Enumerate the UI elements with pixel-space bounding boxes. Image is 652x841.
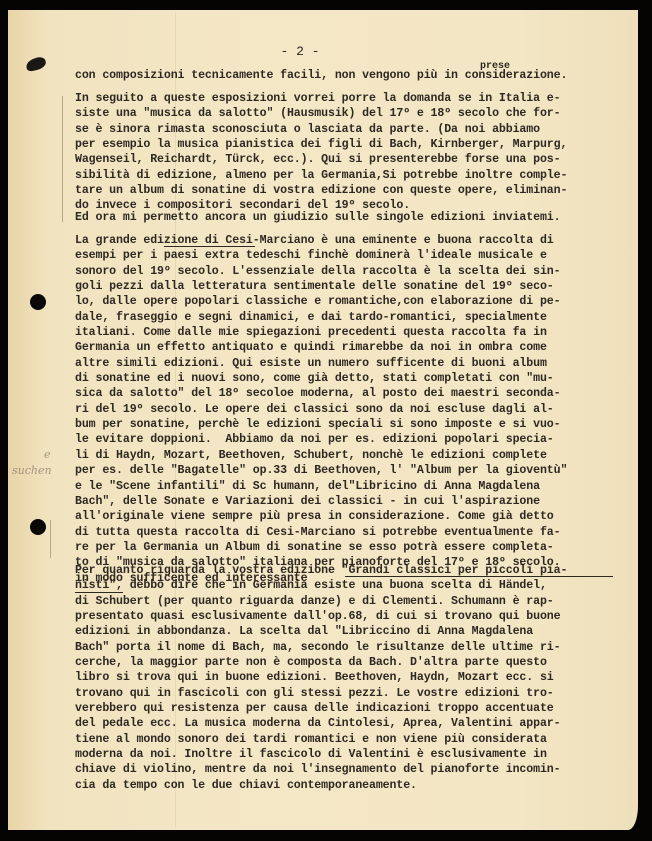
text-line: le evitare doppioni. Abbiamo da noi per …: [75, 432, 615, 447]
text-line: ri del 19º secolo. Le opere dei classici…: [75, 402, 615, 417]
margin-bracket-line-lower: [50, 520, 51, 558]
text-line: Wagenseil, Reichardt, Türck, ecc.). Qui …: [75, 152, 615, 167]
text-line: altre simili edizioni. Qui esiste un num…: [75, 356, 615, 371]
text-line: sonoro del 19º secolo. L'essenziale dell…: [75, 264, 615, 279]
handwritten-margin-note-1: e: [44, 448, 51, 461]
paragraph-3: La grande edizione di Cesi-Marciano è un…: [75, 233, 615, 586]
text-line: libro si trova qui in buone edizioni. Be…: [75, 670, 615, 685]
text-line: con composizioni tecnicamente facili, no…: [75, 68, 615, 83]
text-line: tare un album di sonatine di vostra ediz…: [75, 183, 615, 198]
text-line: di sonatine ed i nuovi sono, come già de…: [75, 371, 615, 386]
underline-title-part1: [345, 576, 613, 577]
underline-cesi-marciano: [164, 246, 255, 247]
text-line: re per la Germania un Album di sonatine …: [75, 540, 615, 555]
text-line: siste una "musica da salotto" (Hausmusik…: [75, 106, 615, 121]
punch-hole-bottom: [30, 519, 46, 535]
text-line: In seguito a queste esposizioni vorrei p…: [75, 91, 615, 106]
text-line: italiani. Come dalle mie spiegazioni pre…: [75, 325, 615, 340]
text-line: trovano qui in fascicoli con gli stessi …: [75, 686, 615, 701]
page-number: - 2 -: [260, 44, 340, 59]
handwritten-margin-note-2: suchen: [12, 464, 52, 477]
paragraph-1: In seguito a queste esposizioni vorrei p…: [75, 91, 615, 214]
text-line: di Schubert (per quanto riguarda danze) …: [75, 594, 615, 609]
text-line: li di Haydn, Mozart, Beethoven, Schubert…: [75, 448, 615, 463]
text-line: lo, dalle opere popolari classiche e rom…: [75, 294, 615, 309]
text-line: per esempio la musica pianistica dei fig…: [75, 137, 615, 152]
text-line: goli pezzi dalla letteratura sentimental…: [75, 279, 615, 294]
text-line: bum per sonatine, perchè le edizioni spe…: [75, 417, 615, 432]
text-line: tiene al mondo sonoro dei tardi romantic…: [75, 732, 615, 747]
margin-bracket-line: [62, 96, 63, 222]
text-line: edizioni in abbondanza. La scelta dal "L…: [75, 624, 615, 639]
text-line: e le "Scene infantili" di Sc humann, del…: [75, 479, 615, 494]
paragraph-2: Ed ora mi permetto ancora un giudizio su…: [75, 210, 615, 225]
text-line: sibilità di edizione, almeno per la Germ…: [75, 168, 615, 183]
text-line: Bach", delle Sonate e Variazioni dei cla…: [75, 494, 615, 509]
text-line: Germania un effetto antiquato e quindi r…: [75, 340, 615, 355]
text-line: Ed ora mi permetto ancora un giudizio su…: [75, 210, 615, 225]
paragraph-4: Per quanto riguarda la vostra edizione "…: [75, 563, 615, 793]
text-line: sica da salotto" del 18º secoloe moderna…: [75, 386, 615, 401]
text-line: moderna da noi. Inoltre il fascicolo di …: [75, 747, 615, 762]
text-line: esempi per i paesi extra tedeschi finchè…: [75, 248, 615, 263]
text-line: di tutta questa raccolta di Cesi-Marcian…: [75, 525, 615, 540]
text-line: La grande edizione di Cesi-Marciano è un…: [75, 233, 615, 248]
text-line: chiave di violino, mentre da noi l'inseg…: [75, 762, 615, 777]
text-line: cerche, la maggior parte non è composta …: [75, 655, 615, 670]
text-line: presentato quasi esclusivamente dall'op.…: [75, 609, 615, 624]
punch-hole-top: [30, 294, 46, 310]
text-line: all'originale viene sempre più presa in …: [75, 509, 615, 524]
text-line: per es. delle "Bagatelle" op.33 di Beeth…: [75, 463, 615, 478]
text-line: Bach" porta il nome di Bach, ma, secondo…: [75, 640, 615, 655]
paragraph-0: con composizioni tecnicamente facili, no…: [75, 68, 615, 83]
text-line: dale, fraseggio e segni dinamici, e dai …: [75, 310, 615, 325]
underline-title-part2: [75, 592, 123, 593]
text-line: del pedale ecc. La musica moderna da Cin…: [75, 716, 615, 731]
text-line: nisti", debbo dire che in Germania esist…: [75, 578, 615, 593]
text-line: se è sinora rimasta sconosciuta o lascia…: [75, 122, 615, 137]
text-line: verebbero qui resistenza per causa delle…: [75, 701, 615, 716]
text-line: cia da tempo con le due chiavi contempor…: [75, 778, 615, 793]
